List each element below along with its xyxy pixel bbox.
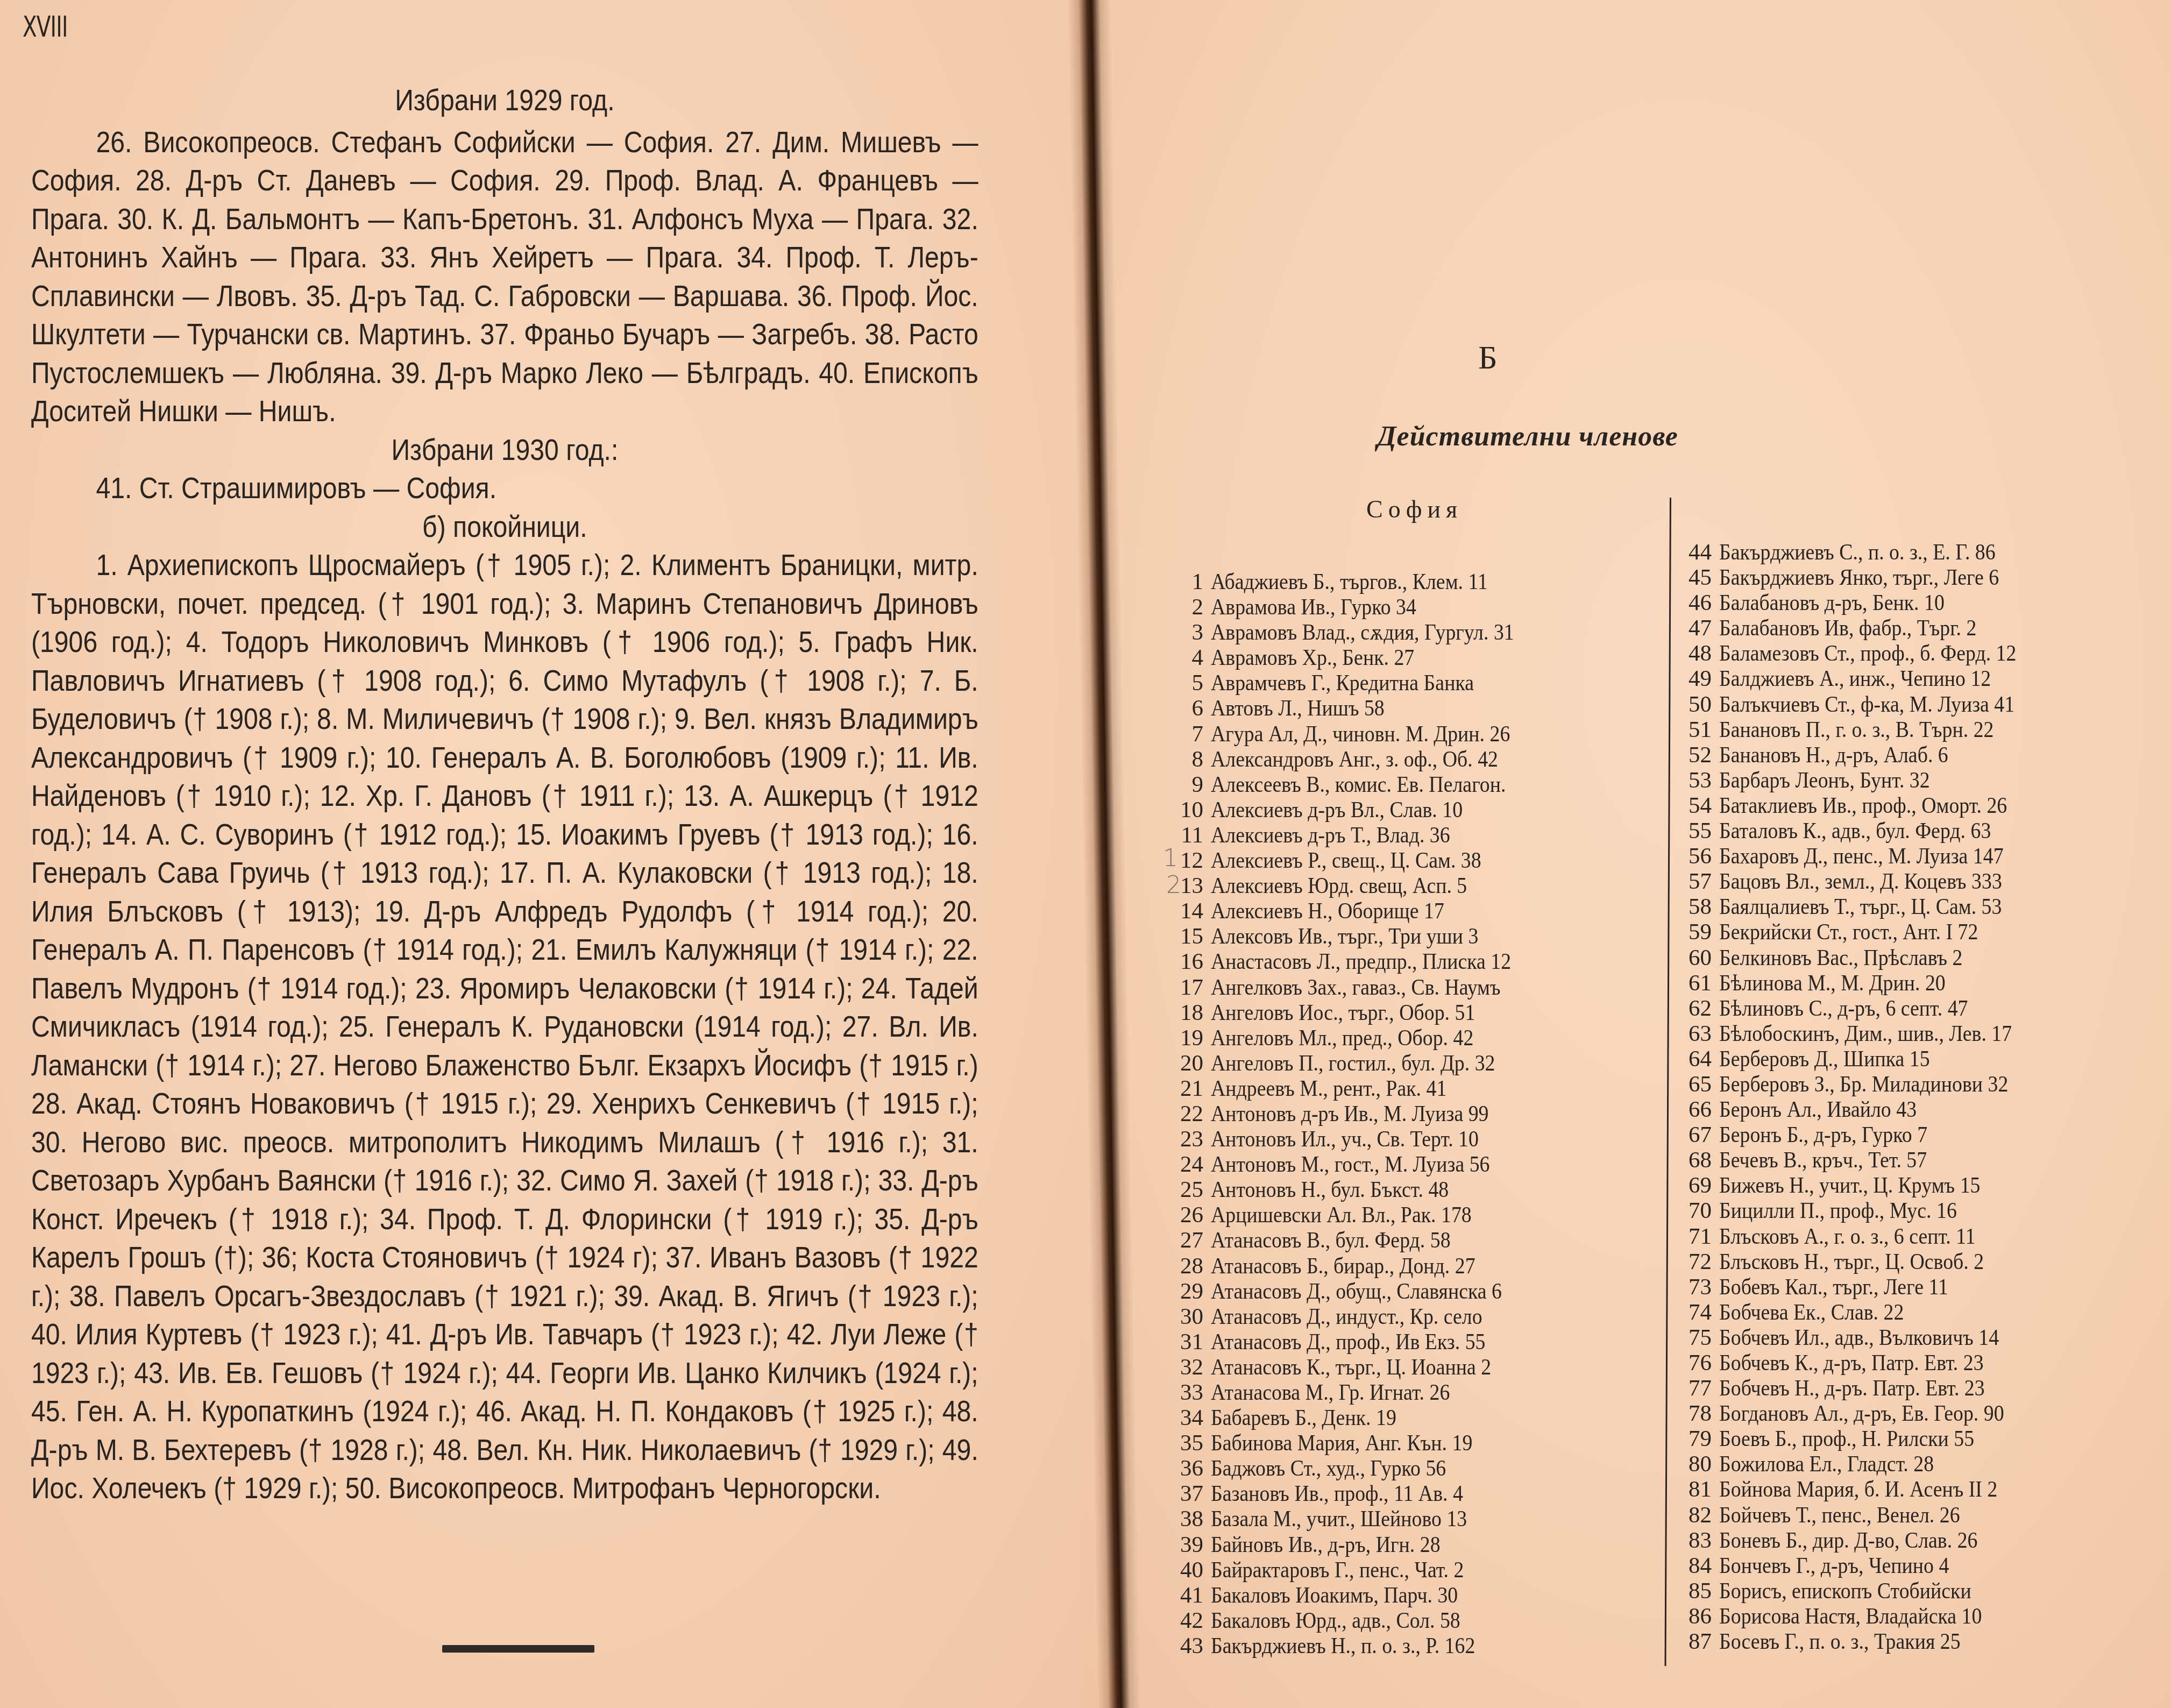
member-number: 45 <box>1677 565 1712 590</box>
member-number: 64 <box>1677 1046 1712 1072</box>
member-entry: 43Бакърджиевъ Н., п. о. з., Р. 162 <box>1170 1633 1665 1659</box>
member-entry: 5Аврамчевъ Г., Кредитна Банка <box>1170 670 1665 696</box>
member-entry: 52Банановъ Н., д-ръ, Алаб. 6 <box>1677 742 2167 768</box>
member-entry: 56Бахаровъ Д., пенс., М. Луиза 147 <box>1677 844 2167 869</box>
member-entry: 83Боневъ Б., дир. Д-во, Слав. 26 <box>1677 1528 2167 1553</box>
member-entry: 75Бобчевъ Ил., адв., Вълковичъ 14 <box>1677 1325 2167 1350</box>
member-details: Бѣлиновъ С., д-ръ, 6 септ. 47 <box>1719 996 1968 1021</box>
member-number: 26 <box>1170 1202 1203 1228</box>
member-entry: 64Берберовъ Д., Шипка 15 <box>1677 1046 2167 1072</box>
member-entry: 76Бобчевъ К., д-ръ, Патр. Евт. 23 <box>1677 1350 2167 1376</box>
member-details: Атанасовъ Б., бирар., Донд. 27 <box>1211 1253 1475 1279</box>
member-entry: 38Базала М., учит., Шейново 13 <box>1170 1506 1665 1532</box>
member-entry: 20Ангеловъ П., гостил., бул. Др. 32 <box>1170 1051 1665 1076</box>
member-details: Батаклиевъ Ив., проф., Оморт. 26 <box>1719 793 2007 818</box>
member-entry: 69Бижевъ Н., учит., Ц. Крумъ 15 <box>1677 1173 2167 1198</box>
member-number: 81 <box>1677 1477 1712 1502</box>
member-details: Бакърджиевъ Янко, търг., Леге 6 <box>1719 565 1999 590</box>
left-page: XVIII Избрани 1929 год. 26. Високопреосв… <box>0 0 1081 1708</box>
member-entry: 40Байрактаровъ Г., пенс., Чат. 2 <box>1170 1557 1665 1583</box>
member-number: 68 <box>1677 1147 1712 1173</box>
member-number: 30 <box>1170 1304 1203 1329</box>
member-entry: 86Борисова Настя, Владайска 10 <box>1677 1604 2167 1629</box>
member-entry: 35Бабинова Мария, Анг. Кън. 19 <box>1170 1430 1665 1456</box>
member-entry: 8Александровъ Анг., з. оф., Об. 42 <box>1170 747 1665 772</box>
member-number: 1 <box>1170 569 1203 594</box>
member-details: Атанасовъ Д., обущ., Славянска 6 <box>1211 1279 1502 1304</box>
member-entry: 78Богдановъ Ал., д-ръ, Ев. Геор. 90 <box>1677 1401 2167 1426</box>
member-number: 47 <box>1677 615 1712 641</box>
member-number: 2 <box>1170 594 1203 620</box>
member-number: 83 <box>1677 1528 1712 1553</box>
member-details: Борисова Настя, Владайска 10 <box>1719 1604 1982 1629</box>
member-details: Борисъ, епископъ Стобийски <box>1719 1578 1971 1604</box>
member-details: Аврамовъ Хр., Бенк. 27 <box>1211 645 1414 670</box>
heading-elected-1929: Избрани 1929 год. <box>31 81 978 119</box>
member-entry: 6Автовъ Л., Нишъ 58 <box>1170 696 1665 721</box>
member-entry: 48Баламезовъ Ст., проф., б. Ферд. 12 <box>1677 641 2167 666</box>
member-entry: 32Атанасовъ К., търг., Ц. Иоанна 2 <box>1170 1355 1665 1380</box>
member-number: 3 <box>1170 620 1203 645</box>
member-number: 55 <box>1677 818 1712 844</box>
member-number: 23 <box>1170 1126 1203 1152</box>
member-number: 82 <box>1677 1503 1712 1528</box>
member-details: Балабановъ Ив, фабр., Търг. 2 <box>1719 615 1976 641</box>
book-spread: XVIII Избрани 1929 год. 26. Високопреосв… <box>0 0 2171 1708</box>
member-entry: 71Блъсковъ А., г. о. з., 6 септ. 11 <box>1677 1224 2167 1249</box>
member-details: Автовъ Л., Нишъ 58 <box>1211 696 1385 721</box>
member-number: 39 <box>1170 1532 1203 1557</box>
member-entry: 19Ангеловъ Мл., пред., Обор. 42 <box>1170 1025 1665 1051</box>
member-details: Богдановъ Ал., д-ръ, Ев. Геор. 90 <box>1719 1401 2004 1426</box>
members-column-2: 44Бакърджиевъ С., п. о. з., Е. Г. 8645Ба… <box>1677 540 2167 1654</box>
member-number: 61 <box>1677 970 1712 996</box>
member-details: Банановъ П., г. о. з., В. Търн. 22 <box>1719 717 1994 742</box>
member-number: 48 <box>1677 641 1712 666</box>
member-number: 8 <box>1170 747 1203 772</box>
member-details: Блъсковъ Н., търг., Ц. Освоб. 2 <box>1719 1249 1984 1274</box>
member-entry: 55Баталовъ К., адв., бул. Ферд. 63 <box>1677 818 2167 844</box>
member-details: Аврамова Ив., Гурко 34 <box>1211 594 1416 620</box>
member-number: 56 <box>1677 844 1712 869</box>
member-number: 79 <box>1677 1426 1712 1451</box>
member-details: Берберовъ Д., Шипка 15 <box>1719 1046 1930 1072</box>
member-entry: 2Аврамова Ив., Гурко 34 <box>1170 594 1665 620</box>
left-page-body: Избрани 1929 год. 26. Високопреосв. Стеф… <box>31 75 981 1507</box>
member-details: Андреевъ М., рент., Рак. 41 <box>1211 1076 1446 1101</box>
member-entry: 1Абаджиевъ Б., търгов., Клем. 11 <box>1170 569 1665 594</box>
member-number: 70 <box>1677 1198 1712 1223</box>
member-details: Байрактаровъ Г., пенс., Чат. 2 <box>1211 1557 1464 1583</box>
member-details: Атанасовъ Д., проф., Ив Екз. 55 <box>1211 1329 1485 1355</box>
member-details: Бабинова Мария, Анг. Кън. 19 <box>1211 1430 1472 1456</box>
member-entry: 79Боевъ Б., проф., Н. Рилски 55 <box>1677 1426 2167 1451</box>
member-number: 29 <box>1170 1279 1203 1304</box>
member-entry: 29Атанасовъ Д., обущ., Славянска 6 <box>1170 1279 1665 1304</box>
city-heading: София <box>1366 495 1463 523</box>
member-number: 75 <box>1677 1325 1712 1350</box>
member-details: Беронъ Б., д-ръ, Гурко 7 <box>1719 1122 1927 1147</box>
member-entry: 7Агура Ал, Д., чиновн. М. Дрин. 26 <box>1170 721 1665 747</box>
member-number: 73 <box>1677 1274 1712 1300</box>
member-entry: 23Антоновъ Ил., уч., Св. Терт. 10 <box>1170 1126 1665 1152</box>
member-details: Базановъ Ив., проф., 11 Ав. 4 <box>1211 1481 1463 1506</box>
member-entry: 54Батаклиевъ Ив., проф., Оморт. 26 <box>1677 793 2167 818</box>
member-number: 80 <box>1677 1451 1712 1477</box>
member-details: Атанасовъ В., бул. Ферд. 58 <box>1211 1228 1451 1253</box>
member-number: 15 <box>1170 924 1203 949</box>
member-details: Беронъ Ал., Ивайло 43 <box>1719 1097 1917 1122</box>
member-details: Ангеловъ Иос., търг., Обор. 51 <box>1211 1000 1475 1025</box>
member-number: 67 <box>1677 1122 1712 1147</box>
member-number: 65 <box>1677 1072 1712 1097</box>
member-number: 7 <box>1170 721 1203 747</box>
member-number: 72 <box>1677 1249 1712 1274</box>
heading-elected-1930: Избрани 1930 год.: <box>31 430 978 469</box>
member-entry: 30Атанасовъ Д., индуст., Кр. село <box>1170 1304 1665 1329</box>
member-entry: 31Атанасовъ Д., проф., Ив Екз. 55 <box>1170 1329 1665 1355</box>
member-entry: 85Борисъ, епископъ Стобийски <box>1677 1578 2167 1604</box>
member-details: Агура Ал, Д., чиновн. М. Дрин. 26 <box>1211 721 1510 747</box>
member-details: Арцишевски Ал. Вл., Рак. 178 <box>1211 1202 1472 1228</box>
member-entry: 65Берберовъ З., Бр. Миладинови 32 <box>1677 1072 2167 1097</box>
member-entry: 39Байновъ Ив., д-ръ, Игн. 28 <box>1170 1532 1665 1557</box>
member-entry: 50Балъкчиевъ Ст., ф-ка, М. Луиза 41 <box>1677 692 2167 717</box>
member-entry: 80Божилова Ел., Гладст. 28 <box>1677 1451 2167 1477</box>
member-details: Атанасовъ К., търг., Ц. Иоанна 2 <box>1211 1355 1491 1380</box>
member-number: 51 <box>1677 717 1712 742</box>
member-details: Боевъ Б., проф., Н. Рилски 55 <box>1719 1426 1974 1451</box>
member-number: 87 <box>1677 1629 1712 1654</box>
member-entry: 73Бобевъ Кал., търг., Леге 11 <box>1677 1274 2167 1300</box>
member-details: Бижевъ Н., учит., Ц. Крумъ 15 <box>1719 1173 1980 1198</box>
member-entry: 22Антоновъ д-ръ Ив., М. Луиза 99 <box>1170 1101 1665 1126</box>
member-entry: 67Беронъ Б., д-ръ, Гурко 7 <box>1677 1122 2167 1147</box>
member-details: Ангеловъ Мл., пред., Обор. 42 <box>1211 1025 1473 1051</box>
member-entry: 41Бакаловъ Иоакимъ, Парч. 30 <box>1170 1583 1665 1608</box>
member-details: Бакаловъ Иоакимъ, Парч. 30 <box>1211 1583 1458 1608</box>
member-number: 44 <box>1677 540 1712 565</box>
member-number: 17 <box>1170 975 1203 1000</box>
member-number: 4 <box>1170 645 1203 670</box>
member-details: Бахаровъ Д., пенс., М. Луиза 147 <box>1719 844 2004 869</box>
member-details: Базала М., учит., Шейново 13 <box>1211 1506 1467 1532</box>
member-details: Балджиевъ А., инж., Чепино 12 <box>1719 666 1991 691</box>
member-details: Александровъ Анг., з. оф., Об. 42 <box>1211 747 1498 772</box>
member-details: Аврамовъ Влад., сѫдия, Гургул. 31 <box>1211 620 1514 645</box>
member-number: 69 <box>1677 1173 1712 1198</box>
member-details: Алексовъ Ив., търг., Три уши 3 <box>1211 924 1478 949</box>
member-number: 74 <box>1677 1300 1712 1325</box>
member-details: Бобчевъ Ил., адв., Вълковичъ 14 <box>1719 1325 1999 1350</box>
member-details: Ангеловъ П., гостил., бул. Др. 32 <box>1211 1051 1495 1076</box>
member-number: 52 <box>1677 742 1712 768</box>
member-number: 31 <box>1170 1329 1203 1355</box>
member-entry: 14Алексиевъ Н., Оборище 17 <box>1170 898 1665 924</box>
members-column-1: 1Абаджиевъ Б., търгов., Клем. 112Аврамов… <box>1170 569 1665 1659</box>
member-entry: 44Бакърджиевъ С., п. о. з., Е. Г. 86 <box>1677 540 2167 565</box>
section-title: Действителни членове <box>1205 421 1850 452</box>
member-details: Алексиевъ д-ръ Вл., Слав. 10 <box>1211 797 1463 823</box>
member-entry: 53Барбаръ Леонъ, Бунт. 32 <box>1677 768 2167 793</box>
member-details: Антоновъ Ил., уч., Св. Терт. 10 <box>1211 1126 1479 1152</box>
member-number: 12 <box>1170 848 1203 873</box>
member-entry: 47Балабановъ Ив, фабр., Търг. 2 <box>1677 615 2167 641</box>
end-divider <box>442 1645 594 1653</box>
member-number: 13 <box>1170 873 1203 898</box>
member-number: 71 <box>1677 1224 1712 1249</box>
member-details: Алексиевъ Н., Оборище 17 <box>1211 898 1444 924</box>
member-details: Балъкчиевъ Ст., ф-ка, М. Луиза 41 <box>1719 692 2014 717</box>
member-details: Бѣлобоскинъ, Дим., шив., Лев. 17 <box>1719 1021 2012 1046</box>
member-entry: 13Алексиевъ Юрд. свещ, Асп. 5 <box>1170 873 1665 898</box>
member-number: 42 <box>1170 1608 1203 1633</box>
member-number: 11 <box>1170 823 1203 848</box>
member-number: 18 <box>1170 1000 1203 1025</box>
member-details: Антоновъ М., гост., М. Луиза 56 <box>1211 1152 1489 1177</box>
member-number: 49 <box>1677 666 1712 691</box>
member-details: Блъсковъ А., г. о. з., 6 септ. 11 <box>1719 1224 1976 1249</box>
member-entry: 21Андреевъ М., рент., Рак. 41 <box>1170 1076 1665 1101</box>
member-entry: 36Баджовъ Ст., худ., Гурко 56 <box>1170 1456 1665 1481</box>
member-entry: 59Бекрийски Ст., гост., Ант. I 72 <box>1677 919 2167 945</box>
member-details: Бобчева Ек., Слав. 22 <box>1719 1300 1904 1325</box>
member-entry: 77Бобчевъ Н., д-ръ. Патр. Евт. 23 <box>1677 1376 2167 1401</box>
member-details: Берберовъ З., Бр. Миладинови 32 <box>1719 1072 2008 1097</box>
member-entry: 62Бѣлиновъ С., д-ръ, 6 септ. 47 <box>1677 996 2167 1021</box>
member-details: Алексеевъ В., комис. Ев. Пелагон. <box>1211 772 1506 797</box>
member-details: Бабаревъ Б., Денк. 19 <box>1211 1405 1396 1430</box>
member-details: Алексиевъ д-ръ Т., Влад. 36 <box>1211 823 1450 848</box>
heading-deceased: б) покойници. <box>31 507 978 546</box>
member-entry: 10Алексиевъ д-ръ Вл., Слав. 10 <box>1170 797 1665 823</box>
member-entry: 81Бойнова Мария, б. И. Асенъ II 2 <box>1677 1477 2167 1502</box>
member-entry: 61Бѣлинова М., М. Дрин. 20 <box>1677 970 2167 996</box>
member-number: 86 <box>1677 1604 1712 1629</box>
member-entry: 3Аврамовъ Влад., сѫдия, Гургул. 31 <box>1170 620 1665 645</box>
member-number: 59 <box>1677 919 1712 945</box>
member-number: 32 <box>1170 1355 1203 1380</box>
member-details: Божилова Ел., Гладст. 28 <box>1719 1451 1934 1477</box>
member-number: 35 <box>1170 1430 1203 1456</box>
member-number: 60 <box>1677 945 1712 970</box>
member-entry: 51Банановъ П., г. о. з., В. Търн. 22 <box>1677 717 2167 742</box>
member-details: Абаджиевъ Б., търгов., Клем. 11 <box>1211 569 1488 594</box>
member-entry: 42Бакаловъ Юрд., адв., Сол. 58 <box>1170 1608 1665 1633</box>
member-number: 6 <box>1170 696 1203 721</box>
member-entry: 9Алексеевъ В., комис. Ев. Пелагон. <box>1170 772 1665 797</box>
member-details: Аврамчевъ Г., Кредитна Банка <box>1211 670 1474 696</box>
member-number: 53 <box>1677 768 1712 793</box>
member-entry: 66Беронъ Ал., Ивайло 43 <box>1677 1097 2167 1122</box>
member-entry: 17Ангелковъ Зах., гаваз., Св. Наумъ <box>1170 975 1665 1000</box>
member-details: Бекрийски Ст., гост., Ант. I 72 <box>1719 919 1978 945</box>
member-number: 40 <box>1170 1557 1203 1583</box>
member-details: Ангелковъ Зах., гаваз., Св. Наумъ <box>1211 975 1501 1000</box>
member-entry: 46Балабановъ д-ръ, Бенк. 10 <box>1677 590 2167 615</box>
member-details: Алексиевъ Юрд. свещ, Асп. 5 <box>1211 873 1467 898</box>
member-number: 21 <box>1170 1076 1203 1101</box>
section-letter: Б <box>1478 339 1498 377</box>
member-entry: 87Босевъ Г., п. о. з., Тракия 25 <box>1677 1629 2167 1654</box>
member-details: Банановъ Н., д-ръ, Алаб. 6 <box>1719 742 1948 768</box>
member-number: 19 <box>1170 1025 1203 1051</box>
member-details: Бобчевъ К., д-ръ, Патр. Евт. 23 <box>1719 1350 1984 1376</box>
member-number: 22 <box>1170 1101 1203 1126</box>
member-details: Бѣлинова М., М. Дрин. 20 <box>1719 970 1946 996</box>
member-entry: 16Анастасовъ Л., предпр., Плиска 12 <box>1170 949 1665 974</box>
elected-1929-paragraph: 26. Високопреосв. Стефанъ Софийски — Соф… <box>31 123 978 430</box>
member-details: Бицилли П., проф., Мус. 16 <box>1719 1198 1957 1223</box>
member-number: 63 <box>1677 1021 1712 1046</box>
member-details: Баялцалиевъ Т., търг., Ц. Сам. 53 <box>1719 894 2002 919</box>
member-entry: 12Алексиевъ Р., свещ., Ц. Сам. 38 <box>1170 848 1665 873</box>
member-details: Бечевъ В., кръч., Тет. 57 <box>1719 1147 1927 1173</box>
member-entry: 28Атанасовъ Б., бирар., Донд. 27 <box>1170 1253 1665 1279</box>
member-details: Баджовъ Ст., худ., Гурко 56 <box>1211 1456 1446 1481</box>
page-number: XVIII <box>23 10 68 44</box>
member-details: Байновъ Ив., д-ръ, Игн. 28 <box>1211 1532 1441 1557</box>
member-number: 78 <box>1677 1401 1712 1426</box>
member-entry: 84Бончевъ Г., д-ръ, Чепино 4 <box>1677 1553 2167 1578</box>
member-details: Босевъ Г., п. о. з., Тракия 25 <box>1719 1629 1961 1654</box>
member-entry: 82Бойчевъ Т., пенс., Венел. 26 <box>1677 1503 2167 1528</box>
member-number: 34 <box>1170 1405 1203 1430</box>
member-number: 20 <box>1170 1051 1203 1076</box>
member-entry: 68Бечевъ В., кръч., Тет. 57 <box>1677 1147 2167 1173</box>
member-details: Бойчевъ Т., пенс., Венел. 26 <box>1719 1503 1960 1528</box>
member-number: 33 <box>1170 1380 1203 1405</box>
member-entry: 33Атанасова М., Гр. Игнат. 26 <box>1170 1380 1665 1405</box>
member-details: Антоновъ Н., бул. Бъкст. 48 <box>1211 1177 1449 1202</box>
member-details: Анастасовъ Л., предпр., Плиска 12 <box>1211 949 1511 974</box>
member-details: Барбаръ Леонъ, Бунт. 32 <box>1719 768 1930 793</box>
member-number: 84 <box>1677 1553 1712 1578</box>
member-number: 27 <box>1170 1228 1203 1253</box>
member-entry: 63Бѣлобоскинъ, Дим., шив., Лев. 17 <box>1677 1021 2167 1046</box>
member-number: 37 <box>1170 1481 1203 1506</box>
member-number: 76 <box>1677 1350 1712 1376</box>
member-number: 24 <box>1170 1152 1203 1177</box>
member-details: Балабановъ д-ръ, Бенк. 10 <box>1719 590 1945 615</box>
member-entry: 18Ангеловъ Иос., търг., Обор. 51 <box>1170 1000 1665 1025</box>
member-entry: 25Антоновъ Н., бул. Бъкст. 48 <box>1170 1177 1665 1202</box>
member-number: 77 <box>1677 1376 1712 1401</box>
member-entry: 57Бацовъ Вл., земл., Д. Коцевъ 333 <box>1677 869 2167 894</box>
member-number: 62 <box>1677 996 1712 1021</box>
member-details: Алексиевъ Р., свещ., Ц. Сам. 38 <box>1211 848 1481 873</box>
member-entry: 49Балджиевъ А., инж., Чепино 12 <box>1677 666 2167 691</box>
member-number: 25 <box>1170 1177 1203 1202</box>
member-entry: 15Алексовъ Ив., търг., Три уши 3 <box>1170 924 1665 949</box>
member-details: Бакърджиевъ Н., п. о. з., Р. 162 <box>1211 1633 1475 1659</box>
member-entry: 70Бицилли П., проф., Мус. 16 <box>1677 1198 2167 1223</box>
member-entry: 37Базановъ Ив., проф., 11 Ав. 4 <box>1170 1481 1665 1506</box>
member-entry: 74Бобчева Ек., Слав. 22 <box>1677 1300 2167 1325</box>
deceased-paragraph: 1. Архиепископъ Щросмайеръ († 1905 г.); … <box>31 545 978 1507</box>
member-entry: 58Баялцалиевъ Т., търг., Ц. Сам. 53 <box>1677 894 2167 919</box>
member-entry: 26Арцишевски Ал. Вл., Рак. 178 <box>1170 1202 1665 1228</box>
member-number: 57 <box>1677 869 1712 894</box>
member-entry: 11Алексиевъ д-ръ Т., Влад. 36 <box>1170 823 1665 848</box>
member-details: Бончевъ Г., д-ръ, Чепино 4 <box>1719 1553 1949 1578</box>
member-entry: 24Антоновъ М., гост., М. Луиза 56 <box>1170 1152 1665 1177</box>
member-details: Атанасовъ Д., индуст., Кр. село <box>1211 1304 1482 1329</box>
member-number: 16 <box>1170 949 1203 974</box>
member-number: 9 <box>1170 772 1203 797</box>
member-number: 46 <box>1677 590 1712 615</box>
member-number: 28 <box>1170 1253 1203 1279</box>
member-details: Баталовъ К., адв., бул. Ферд. 63 <box>1719 818 1991 844</box>
member-number: 36 <box>1170 1456 1203 1481</box>
member-details: Бакаловъ Юрд., адв., Сол. 58 <box>1211 1608 1460 1633</box>
member-details: Бакърджиевъ С., п. о. з., Е. Г. 86 <box>1719 540 1996 565</box>
elected-1930-paragraph: 41. Ст. Страшимировъ — София. <box>31 469 978 507</box>
member-number: 43 <box>1170 1633 1203 1659</box>
member-number: 38 <box>1170 1506 1203 1532</box>
member-entry: 4Аврамовъ Хр., Бенк. 27 <box>1170 645 1665 670</box>
member-number: 10 <box>1170 797 1203 823</box>
member-details: Бойнова Мария, б. И. Асенъ II 2 <box>1719 1477 1997 1502</box>
member-number: 66 <box>1677 1097 1712 1122</box>
member-entry: 72Блъсковъ Н., търг., Ц. Освоб. 2 <box>1677 1249 2167 1274</box>
member-details: Боневъ Б., дир. Д-во, Слав. 26 <box>1719 1528 1978 1553</box>
member-number: 5 <box>1170 670 1203 696</box>
member-number: 14 <box>1170 898 1203 924</box>
member-number: 50 <box>1677 692 1712 717</box>
member-number: 58 <box>1677 894 1712 919</box>
member-number: 54 <box>1677 793 1712 818</box>
member-details: Бацовъ Вл., земл., Д. Коцевъ 333 <box>1719 869 2002 894</box>
member-entry: 60Белкиновъ Вас., Прѣславъ 2 <box>1677 945 2167 970</box>
member-details: Антоновъ д-ръ Ив., М. Луиза 99 <box>1211 1101 1489 1126</box>
member-details: Белкиновъ Вас., Прѣславъ 2 <box>1719 945 1963 970</box>
member-entry: 27Атанасовъ В., бул. Ферд. 58 <box>1170 1228 1665 1253</box>
member-entry: 45Бакърджиевъ Янко, търг., Леге 6 <box>1677 565 2167 590</box>
member-number: 85 <box>1677 1578 1712 1604</box>
member-number: 41 <box>1170 1583 1203 1608</box>
member-details: Бобевъ Кал., търг., Леге 11 <box>1719 1274 1948 1300</box>
member-details: Баламезовъ Ст., проф., б. Ферд. 12 <box>1719 641 2016 666</box>
member-details: Бобчевъ Н., д-ръ. Патр. Евт. 23 <box>1719 1376 1985 1401</box>
member-details: Атанасова М., Гр. Игнат. 26 <box>1211 1380 1450 1405</box>
member-entry: 34Бабаревъ Б., Денк. 19 <box>1170 1405 1665 1430</box>
